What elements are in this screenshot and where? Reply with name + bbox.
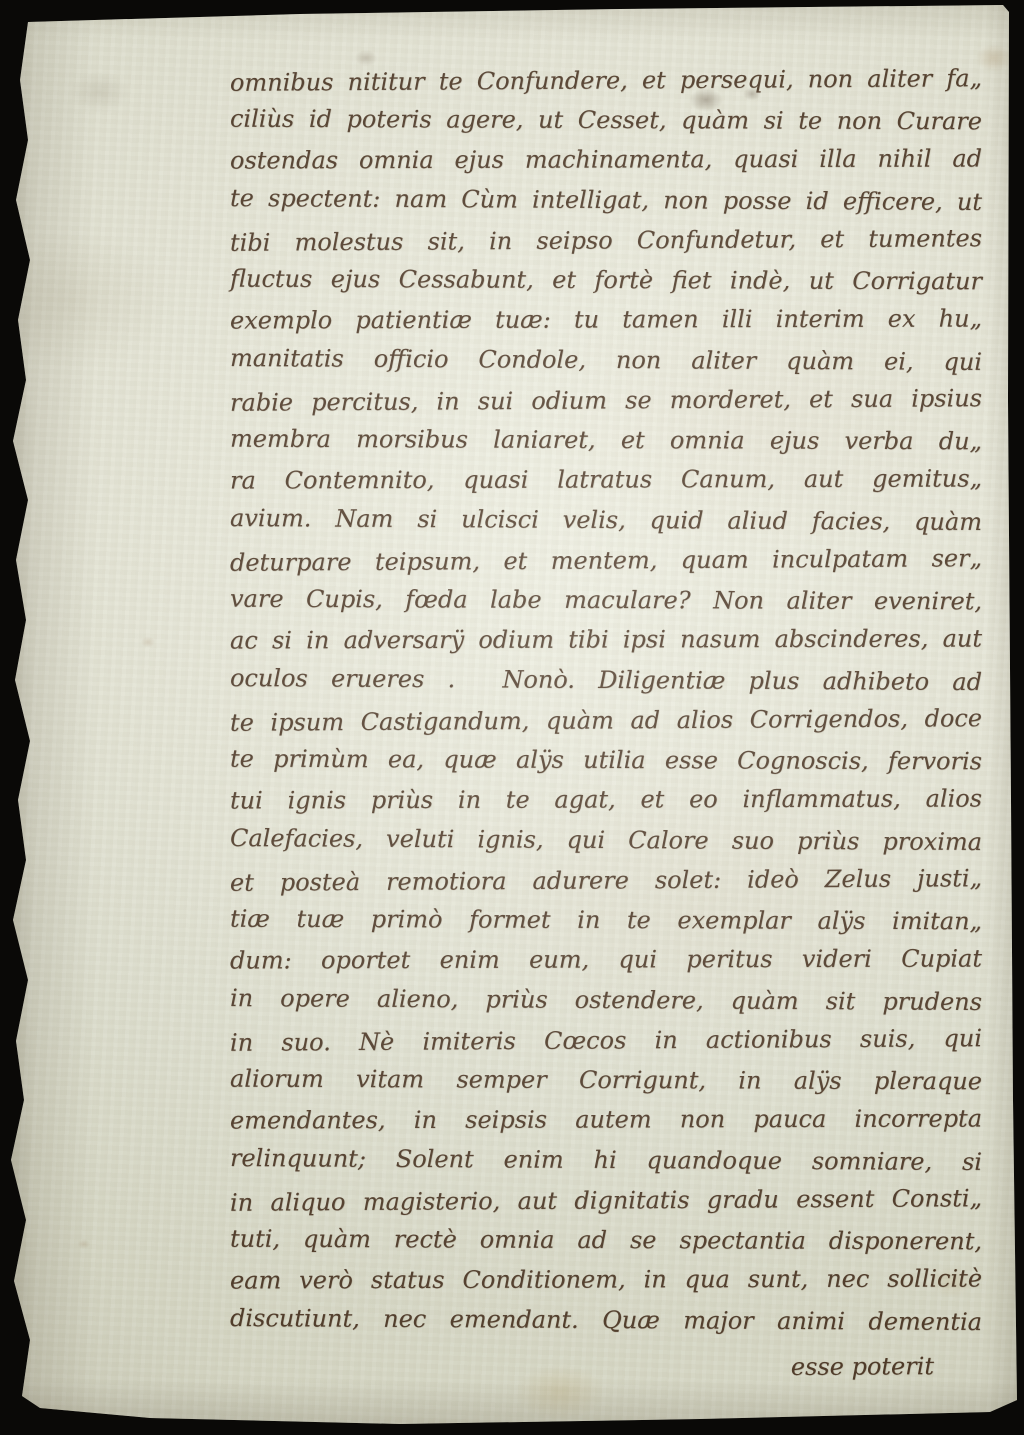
text-line: vare Cupis, fœda labe maculare? Non alit… [230,579,982,622]
text-line: emendantes, in seipsis autem non pauca i… [230,1099,982,1141]
paper-sheet: omnibus nititur te Confundere, et perseq… [0,0,1024,1435]
text-line: relinquunt; Solent enim hi quandoque som… [230,1138,982,1182]
text-line: fluctus ejus Cessabunt, et fortè fiet in… [230,259,982,302]
text-line: in aliquo magisterio, aut dignitatis gra… [230,1178,982,1223]
catchword: esse poterit [230,1346,934,1390]
text-line: ac si in adversarÿ odium tibi ipsi nasum… [230,619,982,661]
text-line: discutiunt, nec emendant. Quæ major anim… [230,1298,982,1342]
text-line: manitatis officio Condole, non aliter qu… [230,338,982,382]
text-line: tuti, quàm rectè omnia ad se spectantia … [230,1219,982,1262]
text-line: te ipsum Castigandum, quàm ad alios Corr… [230,698,982,743]
text-line: exemplo patientiæ tuæ: tu tamen illi int… [230,299,982,341]
manuscript-page: omnibus nititur te Confundere, et perseq… [0,0,1024,1435]
text-line: omnibus nititur te Confundere, et perseq… [230,58,982,103]
text-line: dum: oportet enim eum, qui peritus vider… [230,939,982,981]
text-line: in suo. Nè imiteris Cœcos in actionibus … [230,1018,982,1063]
text-line: tibi molestus sit, in seipso Confundetur… [230,218,982,263]
text-line: Calefacies, veluti ignis, qui Calore suo… [230,818,982,862]
text-line: te primùm ea, quæ alÿs utilia esse Cogno… [230,739,982,782]
text-line: aliorum vitam semper Corrigunt, in alÿs … [230,1059,982,1102]
text-line: deturpare teipsum, et mentem, quam incul… [230,538,982,583]
text-line: ostendas omnia ejus machinamenta, quasi … [230,139,982,181]
text-line: membra morsibus laniaret, et omnia ejus … [230,419,982,462]
text-line: et posteà remotiora adurere solet: ideò … [230,858,982,903]
text-line: tiæ tuæ primò formet in te exemplar alÿs… [230,899,982,942]
text-line: eam verò status Conditionem, in qua sunt… [230,1259,982,1301]
text-line: ra Contemnito, quasi latratus Canum, aut… [230,459,982,501]
text-line: in opere alieno, priùs ostendere, quàm s… [230,978,982,1022]
text-line: avium. Nam si ulcisci velis, quid aliud … [230,498,982,542]
manuscript-text-block: omnibus nititur te Confundere, et perseq… [230,60,982,1340]
text-line: tui ignis priùs in te agat, et eo inflam… [230,779,982,821]
text-line: oculos erueres . Nonò. Diligentiæ plus a… [230,658,982,702]
text-line: rabie percitus, in sui odium se morderet… [230,378,982,423]
text-line: ciliùs id poteris agere, ut Cesset, quàm… [230,99,982,142]
text-line: te spectent: nam Cùm intelligat, non pos… [230,178,982,222]
